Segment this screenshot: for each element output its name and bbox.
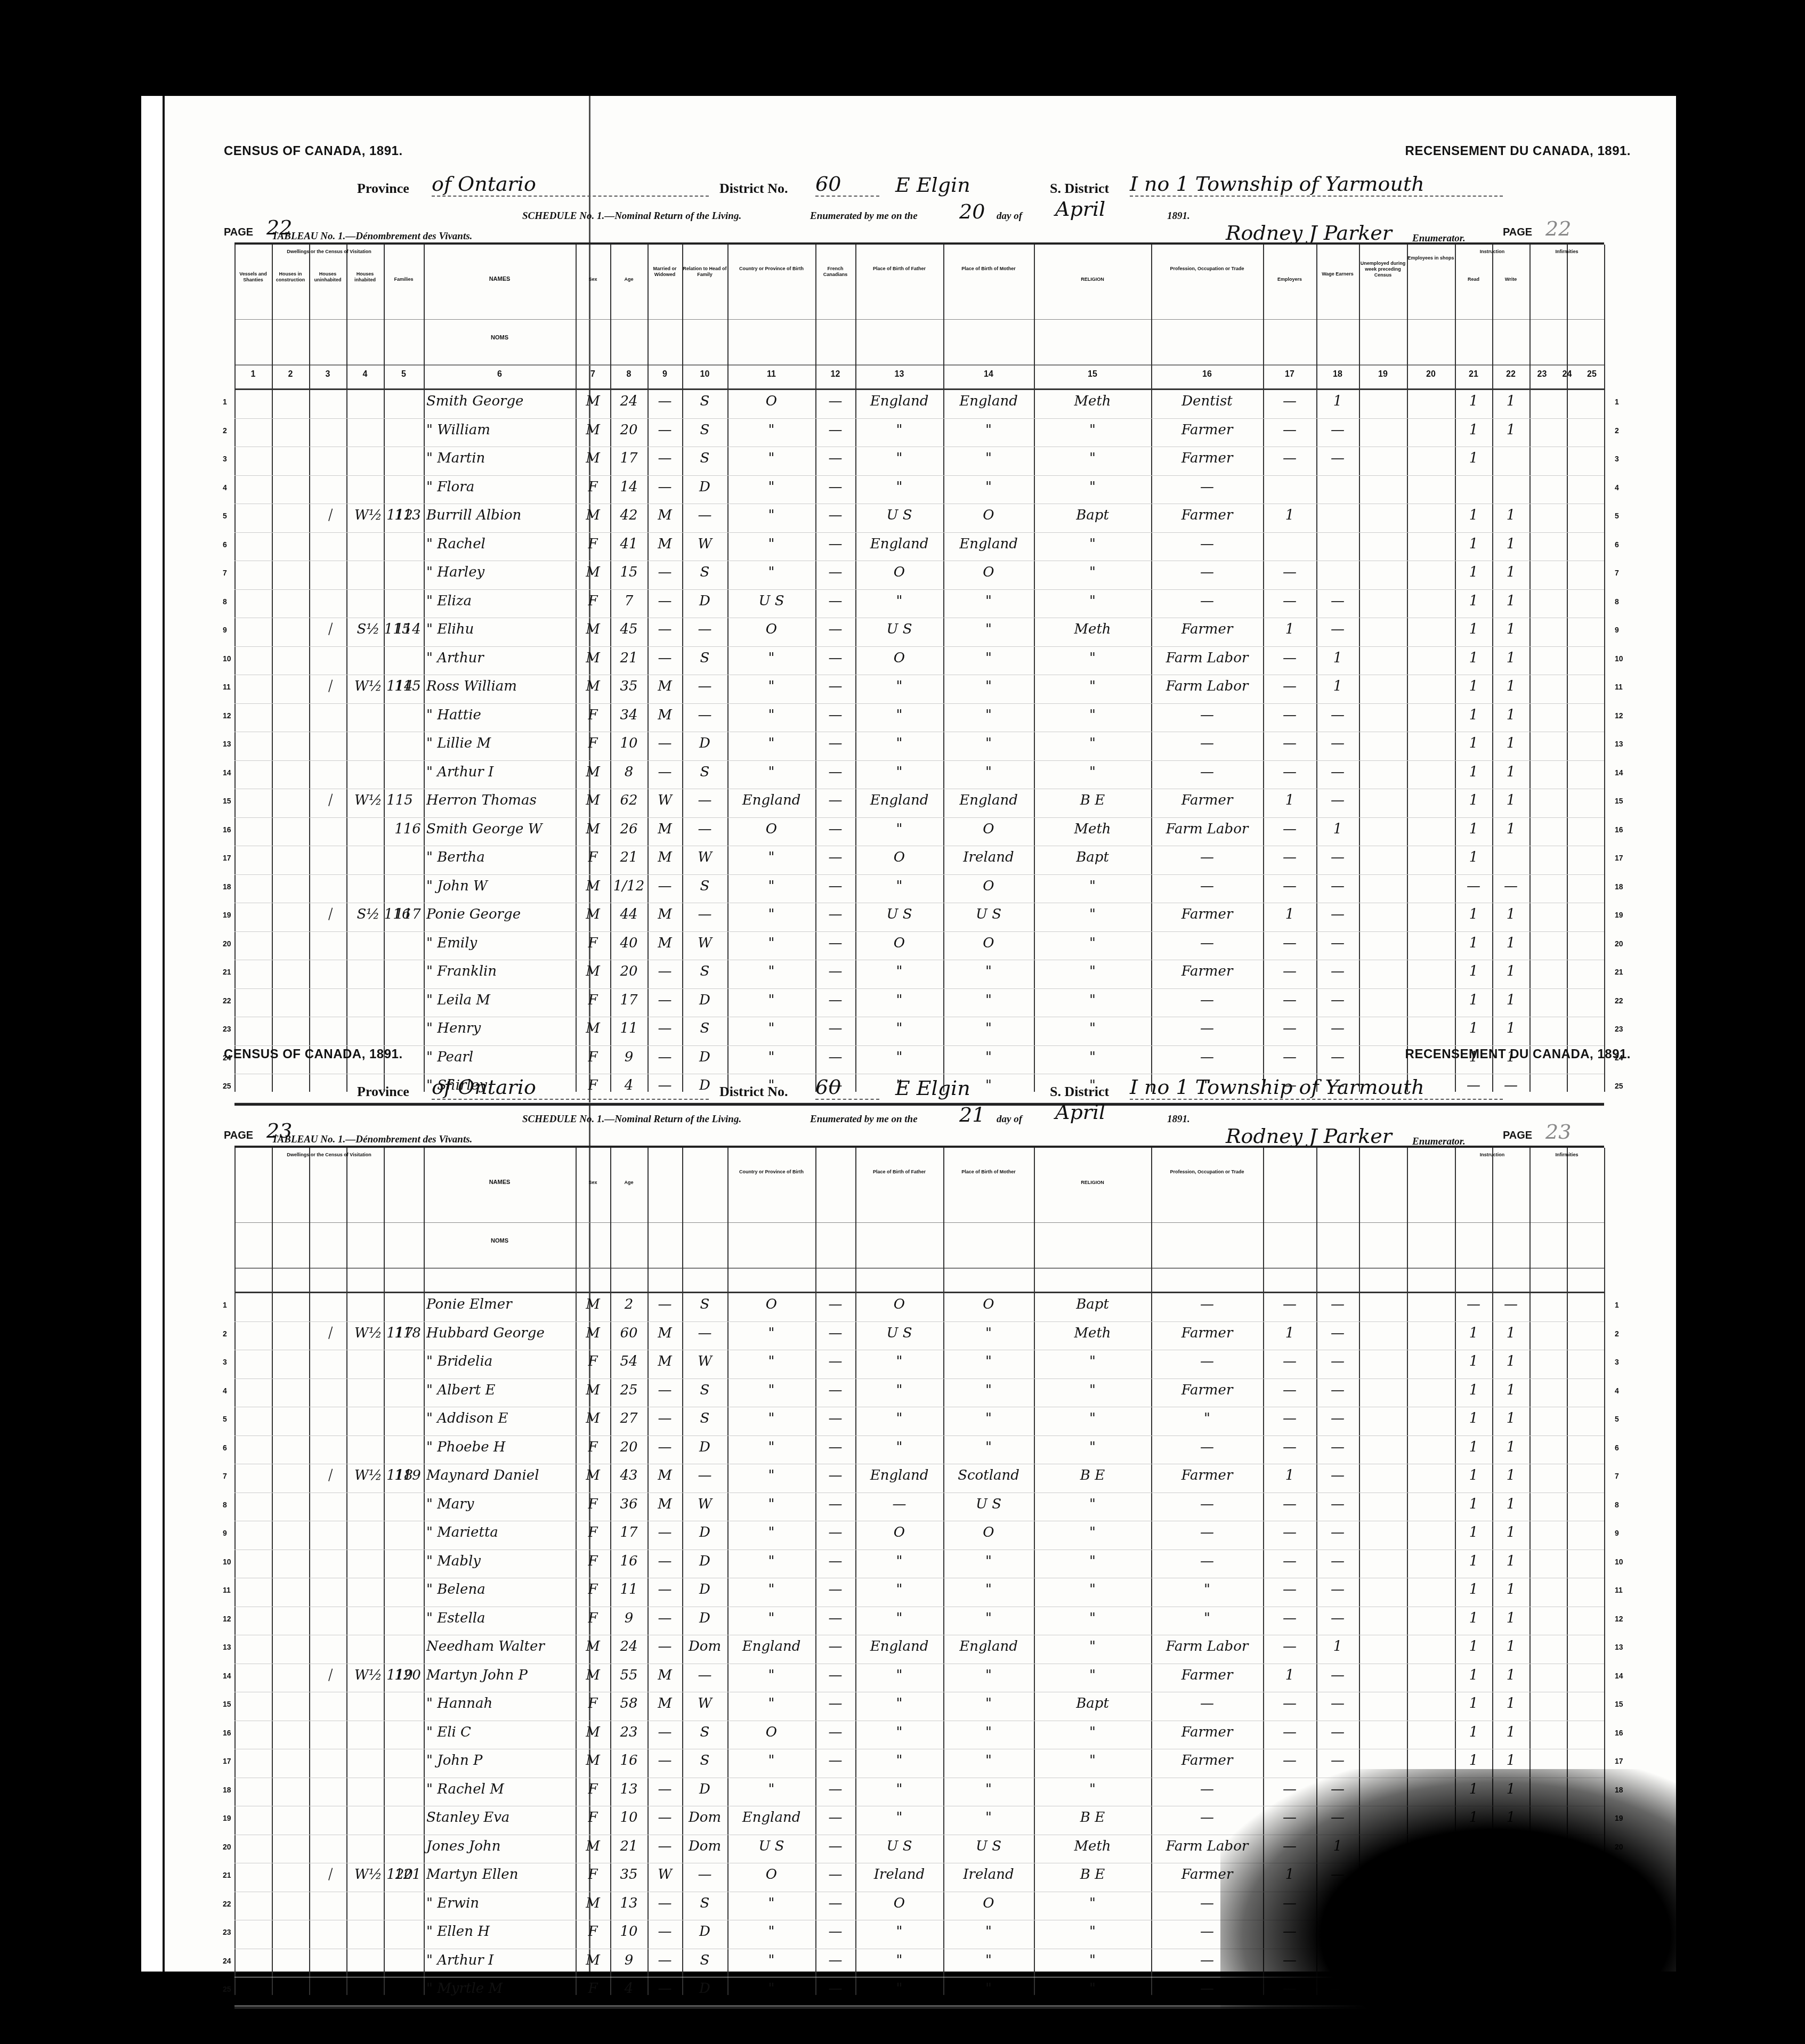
cell-occ: — [1151,1496,1263,1512]
cell-wage: 1 [1316,393,1359,409]
cell-occ: Dentist [1151,393,1263,409]
cell-mar: — [647,1981,682,1997]
cell-relig: Bapt [1034,849,1151,865]
cell-mar: M [647,536,682,552]
header-c3: Houses uninhabited [309,271,346,283]
cell-mb: Ireland [943,1867,1034,1883]
cell-read: 1 [1455,1496,1492,1512]
cell-emp: — [1263,1496,1316,1512]
cell-wage: — [1316,878,1359,894]
col-num: 4 [346,370,384,379]
header-employees: Employees in shops [1407,255,1455,261]
cell-fr: — [815,849,855,865]
cell-relig: " [1034,764,1151,780]
cell-fb: " [855,1049,943,1065]
cell-fb: " [855,1410,943,1426]
cell-age: 54 [610,1353,647,1369]
cell-read: 1 [1455,1524,1492,1540]
cell-fb: — [855,1496,943,1512]
cell-name: " Flora [426,479,576,495]
cell-fr: — [815,1467,855,1483]
cell-fam: 118 [389,1325,426,1341]
cell-wage: — [1316,1724,1359,1740]
cell-wage: — [1316,450,1359,466]
cell-relig: " [1034,1895,1151,1911]
cell-birth: " [727,1753,815,1769]
cell-mb: O [943,1524,1034,1540]
cell-sex: M [576,1753,610,1769]
cell-rel: D [682,1781,727,1797]
cell-write: 1 [1492,992,1529,1008]
line-number: 2 [1615,1329,1619,1338]
cell-emp: — [1263,764,1316,780]
day-of-label: day of [997,1114,1022,1125]
cell-mar: — [647,1924,682,1940]
cell-relig: " [1034,1496,1151,1512]
cell-sex: F [576,1610,610,1626]
cell-emp: — [1263,821,1316,837]
cell-age: 43 [610,1467,647,1483]
province-value: of Ontario [432,172,709,197]
cell-wage: — [1316,593,1359,609]
header-noms: NOMS [424,335,576,341]
header-occupation: Profession, Occupation or Trade [1151,1169,1263,1175]
cell-age: 21 [610,1838,647,1854]
cell-fr: — [815,1581,855,1597]
cell-relig: Meth [1034,821,1151,837]
cell-mb: " [943,1325,1034,1341]
cell-fr: — [815,479,855,495]
tableau-title: TABLEAU No. 1.—Dénombrement des Vivants. [272,1134,472,1146]
cell-rel: D [682,479,727,495]
cell-mb: " [943,479,1034,495]
cell-name: " Phoebe H [426,1439,576,1455]
cell-rel: W [682,1696,727,1712]
cell-relig: " [1034,935,1151,951]
cell-fr: — [815,1296,855,1312]
table-row: 1212" HattieF34M—"—"""———11 [234,704,1604,733]
cell-age: 14 [610,479,647,495]
table-row: 11Smith GeorgeM24—SO—EnglandEnglandMethD… [234,390,1604,419]
line-number: 7 [1615,569,1619,577]
cell-occ: Farmer [1151,507,1263,523]
cell-write: 1 [1492,1467,1529,1483]
tally-mark-icon: \ [322,620,338,639]
line-number: 11 [1615,683,1623,691]
cell-read: 1 [1455,963,1492,979]
tally-mark-icon: \ [322,1865,338,1885]
cell-read: 1 [1455,1353,1492,1369]
line-number: 22 [1615,996,1623,1005]
cell-fb: " [855,593,943,609]
table-row: 1616" Eli CM23—SO—"""Farmer——11 [234,1721,1604,1750]
cell-rel: W [682,935,727,951]
cell-name: " Pearl [426,1049,576,1065]
cell-write: 1 [1492,1325,1529,1341]
table-row: 1919S½ 116117Ponie GeorgeM44M—"—U SU S"F… [234,903,1604,932]
cell-age: 10 [610,1924,647,1940]
cell-fr: — [815,422,855,438]
cell-mar: — [647,1952,682,1968]
cell-fb: " [855,1981,943,1997]
cell-name: " John W [426,878,576,894]
line-number: 4 [223,1386,227,1395]
cell-rel: S [682,1895,727,1911]
cell-sex: F [576,1867,610,1883]
cell-emp: — [1263,1353,1316,1369]
subdistrict-value: I no 1 Township of Yarmouth [1130,172,1503,197]
cell-sex: M [576,821,610,837]
line-number: 3 [223,1358,227,1366]
cell-emp: — [1263,564,1316,580]
cell-sex: M [576,1325,610,1341]
cell-age: 35 [610,678,647,694]
cell-relig: " [1034,650,1151,666]
line-number: 15 [223,1700,231,1708]
header-dwellings: Dwellings or the Census of Visitation [234,249,424,255]
header-dwellings: Dwellings or the Census of Visitation [234,1152,424,1158]
cell-mb: " [943,1724,1034,1740]
cell-rel: D [682,1981,727,1997]
cell-mb: England [943,1639,1034,1654]
cell-mb: " [943,963,1034,979]
cell-relig: " [1034,479,1151,495]
water-stain [1220,1769,1679,2044]
header-instruction: Instruction [1455,1152,1529,1158]
cell-write: 1 [1492,621,1529,637]
cell-mar: M [647,1696,682,1712]
cell-rel: D [682,1610,727,1626]
line-number: 5 [223,512,227,520]
cell-wage: — [1316,963,1359,979]
cell-birth: O [727,1724,815,1740]
cell-write: 1 [1492,1524,1529,1540]
cell-emp: — [1263,735,1316,751]
line-number: 4 [1615,1386,1619,1395]
line-number: 1 [1615,1301,1619,1309]
cell-rel: S [682,764,727,780]
cell-name: Smith George W [426,821,576,837]
cell-name: " Belena [426,1581,576,1597]
cell-emp: — [1263,1639,1316,1654]
cell-birth: " [727,1467,815,1483]
cell-sex: M [576,621,610,637]
cell-wage: — [1316,935,1359,951]
cell-occ: " [1151,1581,1263,1597]
cell-age: 4 [610,1981,647,1997]
line-number: 12 [223,711,231,720]
line-number: 13 [223,740,231,748]
cell-write: 1 [1492,1382,1529,1398]
cell-birth: " [727,1382,815,1398]
cell-mar: M [647,678,682,694]
cell-sex: M [576,963,610,979]
cell-fr: — [815,1895,855,1911]
cell-name: Martyn Ellen [426,1867,576,1883]
cell-age: 1/12 [610,878,647,894]
cell-write: 1 [1492,507,1529,523]
page-label-right: PAGE [1503,226,1532,239]
cell-mb: " [943,650,1034,666]
cell-fb: England [855,1467,943,1483]
table-row: 1515" HannahF58MW"—""Bapt———11 [234,1692,1604,1721]
cell-mar: — [647,992,682,1008]
cell-mb: England [943,393,1034,409]
province-value: of Ontario [432,1075,709,1100]
cell-age: 21 [610,849,647,865]
cell-read: 1 [1455,792,1492,808]
cell-read: 1 [1455,707,1492,723]
cell-wage: — [1316,1753,1359,1769]
table-row: 77W½ 118119Maynard DanielM43M—"—EnglandS… [234,1464,1604,1493]
cell-read: 1 [1455,593,1492,609]
col-num: 11 [727,370,815,379]
header-birth-country: Country or Province of Birth [727,1169,815,1175]
cell-emp: — [1263,963,1316,979]
cell-relig: B E [1034,1810,1151,1826]
cell-fr: — [815,878,855,894]
cell-relig: " [1034,536,1151,552]
tableau-title: TABLEAU No. 1.—Dénombrement des Vivants. [272,231,472,242]
cell-birth: " [727,1553,815,1569]
cell-birth: " [727,1696,815,1712]
cell-birth: " [727,564,815,580]
cell-name: " Arthur [426,650,576,666]
cell-occ: " [1151,1410,1263,1426]
cell-fam: 121 [389,1867,426,1883]
line-number: 14 [1615,768,1623,777]
cell-wage: — [1316,1496,1359,1512]
cell-birth: " [727,849,815,865]
enumerated-month: April [1055,1100,1105,1124]
district-name: E Elgin [895,173,970,197]
cell-mar: M [647,906,682,922]
cell-wage: — [1316,1020,1359,1036]
cell-fr: — [815,1524,855,1540]
cell-birth: O [727,621,815,637]
cell-birth: England [727,1639,815,1654]
cell-rel: — [682,1867,727,1883]
header-mother-birth: Place of Birth of Mother [943,266,1034,272]
table-row: 1313Needham WalterM24—DomEngland—England… [234,1635,1604,1664]
cell-birth: O [727,1296,815,1312]
province-label: Province [357,181,409,197]
cell-read: 1 [1455,393,1492,409]
tally-mark-icon: \ [322,791,338,810]
cell-mar: — [647,1810,682,1826]
cell-occ: Farmer [1151,1753,1263,1769]
cell-occ: — [1151,1353,1263,1369]
cell-sex: M [576,1895,610,1911]
cell-write: 1 [1492,792,1529,808]
cell-age: 20 [610,422,647,438]
cell-name: " Leila M [426,992,576,1008]
cell-emp: — [1263,1049,1316,1065]
cell-age: 11 [610,1581,647,1597]
cell-relig: Meth [1034,1325,1151,1341]
cell-birth: " [727,678,815,694]
cell-write: 1 [1492,1753,1529,1769]
cell-relig: " [1034,450,1151,466]
cell-fb: U S [855,507,943,523]
cell-mar: M [647,1467,682,1483]
cell-sex: M [576,878,610,894]
header-sex: Sex [576,1180,610,1186]
cell-fr: — [815,1667,855,1683]
cell-sex: M [576,1952,610,1968]
cell-fb: O [855,1296,943,1312]
line-number: 19 [223,911,231,919]
cell-rel: — [682,621,727,637]
cell-sex: M [576,1410,610,1426]
cell-birth: " [727,1924,815,1940]
line-number: 21 [223,1871,231,1879]
cell-read: 1 [1455,1467,1492,1483]
tally-mark-icon: \ [322,677,338,696]
cell-age: 40 [610,935,647,951]
cell-wage: — [1316,735,1359,751]
cell-sex: F [576,1924,610,1940]
cell-name: " Ellen H [426,1924,576,1940]
cell-fr: — [815,1353,855,1369]
line-number: 15 [1615,1700,1623,1708]
cell-occ: Farm Labor [1151,678,1263,694]
tally-mark-icon: \ [322,905,338,924]
cell-mb: " [943,1753,1034,1769]
header-names: NAMES [424,277,576,282]
cell-rel: — [682,821,727,837]
cell-wage: — [1316,1524,1359,1540]
cell-mb: " [943,1924,1034,1940]
cell-emp: — [1263,650,1316,666]
table-row: 22W½ 117118Hubbard GeorgeM60M—"—U S"Meth… [234,1322,1604,1351]
cell-age: 15 [610,564,647,580]
cell-rel: S [682,1020,727,1036]
cell-sex: M [576,422,610,438]
cell-name: " Harley [426,564,576,580]
cell-occ: — [1151,1296,1263,1312]
cell-sex: M [576,507,610,523]
table-row: 11Ponie ElmerM2—SO—OOBapt————— [234,1293,1604,1322]
cell-occ: Farmer [1151,1325,1263,1341]
cell-mb: U S [943,1838,1034,1854]
col-num: 25 [1580,370,1604,379]
cell-read: 1 [1455,1410,1492,1426]
cell-relig: " [1034,1952,1151,1968]
cell-fr: — [815,1610,855,1626]
cell-mar: M [647,821,682,837]
cell-fb: O [855,935,943,951]
cell-fr: — [815,1049,855,1065]
cell-mar: — [647,1524,682,1540]
cell-emp: — [1263,1724,1316,1740]
cell-relig: B E [1034,1467,1151,1483]
line-number: 3 [223,455,227,463]
cell-fr: — [815,792,855,808]
cell-fr: — [815,1724,855,1740]
cell-fr: — [815,1753,855,1769]
cell-write: 1 [1492,1581,1529,1597]
cell-mb: " [943,764,1034,780]
cell-rel: — [682,707,727,723]
header-sex: Sex [576,277,610,282]
cell-fb: " [855,1781,943,1797]
cell-rel: D [682,1524,727,1540]
cell-write: 1 [1492,1439,1529,1455]
cell-emp: 1 [1263,1467,1316,1483]
cell-rel: S [682,564,727,580]
cell-occ: Farmer [1151,450,1263,466]
cell-age: 8 [610,764,647,780]
cell-rel: Dom [682,1639,727,1654]
cell-fam: 114 [389,621,426,637]
cell-fb: O [855,849,943,865]
schedule-title: SCHEDULE No. 1.—Nominal Return of the Li… [522,1114,741,1125]
line-number: 10 [223,1558,231,1566]
cell-fb: " [855,1439,943,1455]
cell-write: — [1492,878,1529,894]
cell-mb: Scotland [943,1467,1034,1483]
cell-write: 1 [1492,707,1529,723]
col-num: 15 [1034,370,1151,379]
cell-occ: — [1151,764,1263,780]
cell-name: Hubbard George [426,1325,576,1341]
header-father-birth: Place of Birth of Father [855,1169,943,1175]
cell-wage: — [1316,849,1359,865]
line-number: 18 [1615,882,1623,891]
tally-mark-icon: \ [322,1466,338,1486]
cell-emp: — [1263,1439,1316,1455]
cell-relig: " [1034,1524,1151,1540]
cell-rel: — [682,1325,727,1341]
cell-relig: " [1034,963,1151,979]
header-names: NAMES [424,1180,576,1186]
cell-mb: " [943,1610,1034,1626]
cell-mb: " [943,1049,1034,1065]
cell-sex: F [576,1049,610,1065]
cell-emp: — [1263,1696,1316,1712]
page-label-left: PAGE [224,1130,253,1142]
cell-fr: — [815,678,855,694]
cell-write: 1 [1492,678,1529,694]
cell-rel: D [682,1553,727,1569]
cell-fam: 120 [389,1667,426,1683]
cell-rel: W [682,849,727,865]
cell-mb: " [943,450,1034,466]
line-number: 13 [1615,740,1623,748]
cell-emp: — [1263,878,1316,894]
cell-birth: U S [727,1838,815,1854]
line-number: 8 [1615,1500,1619,1509]
cell-read: 1 [1455,450,1492,466]
cell-name: Smith George [426,393,576,409]
cell-fr: — [815,564,855,580]
line-number: 11 [223,1586,231,1594]
cell-write: 1 [1492,906,1529,922]
cell-wage: — [1316,792,1359,808]
cell-birth: " [727,1610,815,1626]
cell-fr: — [815,935,855,951]
line-number: 5 [223,1415,227,1423]
cell-name: Stanley Eva [426,1810,576,1826]
line-number: 25 [223,1082,231,1090]
cell-rel: S [682,963,727,979]
column-header: Dwellings or the Census of Visitation NA… [234,1148,1604,1293]
cell-sex: M [576,1296,610,1312]
line-number: 17 [1615,854,1623,862]
cell-mb: " [943,1696,1034,1712]
cell-write: 1 [1492,935,1529,951]
